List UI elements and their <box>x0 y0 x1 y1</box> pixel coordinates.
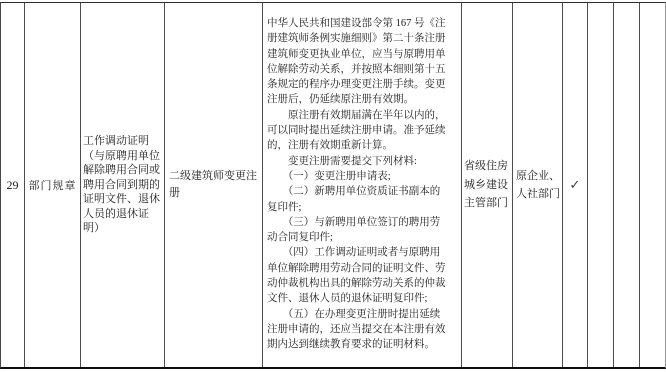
check-cell-2 <box>588 3 614 367</box>
basis-type-cell: 部门规章 <box>25 3 81 367</box>
issuing-unit-cell: 原企业、 人社部门 <box>513 3 563 367</box>
certificate-name-cell: 工作调动证明 （与原聘用单位 解除聘用合同或 聘用合同到期的 证明文件、退休 人… <box>81 3 165 367</box>
legal-basis-text: 中华人民共和国建设部令第 167 号《注 册建筑师条例实施细则》第二十条注册 建… <box>267 16 459 353</box>
document-page: 29 部门规章 工作调动证明 （与原聘用单位 解除聘用合同或 聘用合同到期的 证… <box>0 0 666 372</box>
check-cell-4 <box>640 3 665 367</box>
service-item-cell: 二级建筑师变更注 册 <box>165 3 263 367</box>
basis-type-label: 部门规章 <box>29 177 77 193</box>
row-number: 29 <box>7 178 19 193</box>
implementing-authority-cell: 省级住房 城乡建设 主管部门 <box>462 3 513 367</box>
check-cell-1: ✓ <box>563 3 588 367</box>
table-row: 29 部门规章 工作调动证明 （与原聘用单位 解除聘用合同或 聘用合同到期的 证… <box>0 2 666 369</box>
certificate-name-text: 工作调动证明 （与原聘用单位 解除聘用合同或 聘用合同到期的 证明文件、退休 人… <box>83 134 162 236</box>
checkmark-icon: ✓ <box>570 178 581 193</box>
implementing-authority-text: 省级住房 城乡建设 主管部门 <box>464 157 510 213</box>
service-item-text: 二级建筑师变更注 册 <box>169 168 258 202</box>
check-cell-3 <box>614 3 640 367</box>
issuing-unit-text: 原企业、 人社部门 <box>516 167 559 204</box>
row-number-cell: 29 <box>1 3 25 367</box>
legal-basis-cell: 中华人民共和国建设部令第 167 号《注 册建筑师条例实施细则》第二十条注册 建… <box>263 3 462 367</box>
